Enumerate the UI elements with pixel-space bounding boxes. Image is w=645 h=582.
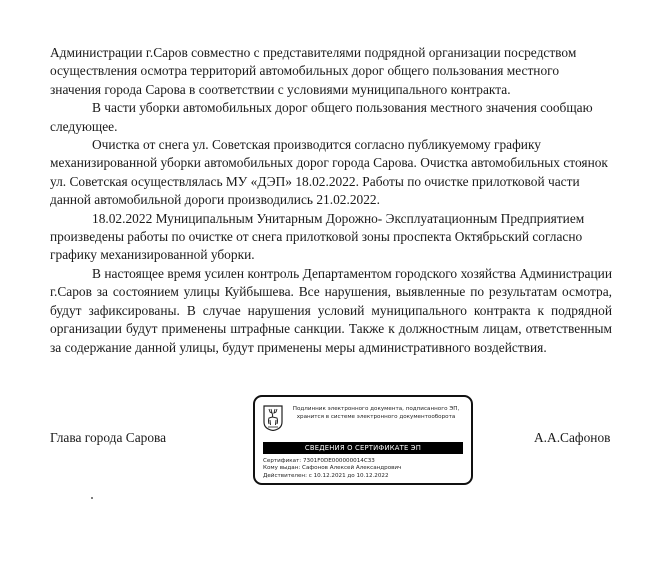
- paragraph-1: Администрации г.Саров совместно с предст…: [50, 44, 612, 99]
- issued-to-label: Кому выдан:: [263, 465, 300, 472]
- certificate-label: Сертификат:: [263, 458, 301, 465]
- speck: [91, 497, 93, 499]
- paragraph-2: В части уборки автомобильных дорог общег…: [50, 99, 612, 136]
- issued-to-row: Кому выдан: Сафонов Алексей Александрови…: [263, 465, 401, 472]
- electronic-signature-stamp: Подлинник электронного документа, подпис…: [253, 395, 473, 485]
- issued-to-value: Сафонов Алексей Александрович: [302, 465, 401, 471]
- validity-label: Действителен:: [263, 473, 307, 480]
- stamp-header: Подлинник электронного документа, подпис…: [263, 405, 465, 435]
- certificate-value: 7301F0DE000000014C33: [303, 458, 375, 464]
- document-body: Администрации г.Саров совместно с предст…: [50, 44, 612, 357]
- signatory-position: Глава города Сарова: [50, 430, 166, 446]
- paragraph-3: Очистка от снега ул. Советская производи…: [50, 136, 612, 210]
- document-page: Администрации г.Саров совместно с предст…: [0, 0, 645, 582]
- paragraph-4: 18.02.2022 Муниципальным Унитарным Дорож…: [50, 210, 612, 265]
- deer-emblem-icon: [263, 405, 283, 431]
- validity-row: Действителен: с 10.12.2021 до 10.12.2022: [263, 473, 401, 480]
- stamp-caption: Подлинник электронного документа, подпис…: [287, 406, 465, 421]
- validity-value: с 10.12.2021 до 10.12.2022: [309, 473, 389, 479]
- certificate-details: Сертификат: 7301F0DE000000014C33 Кому вы…: [263, 458, 401, 480]
- signatory-name: А.А.Сафонов: [534, 430, 610, 446]
- certificate-info-title: СВЕДЕНИЯ О СЕРТИФИКАТЕ ЭП: [263, 442, 463, 454]
- paragraph-5: В настоящее время усилен контроль Департ…: [50, 265, 612, 357]
